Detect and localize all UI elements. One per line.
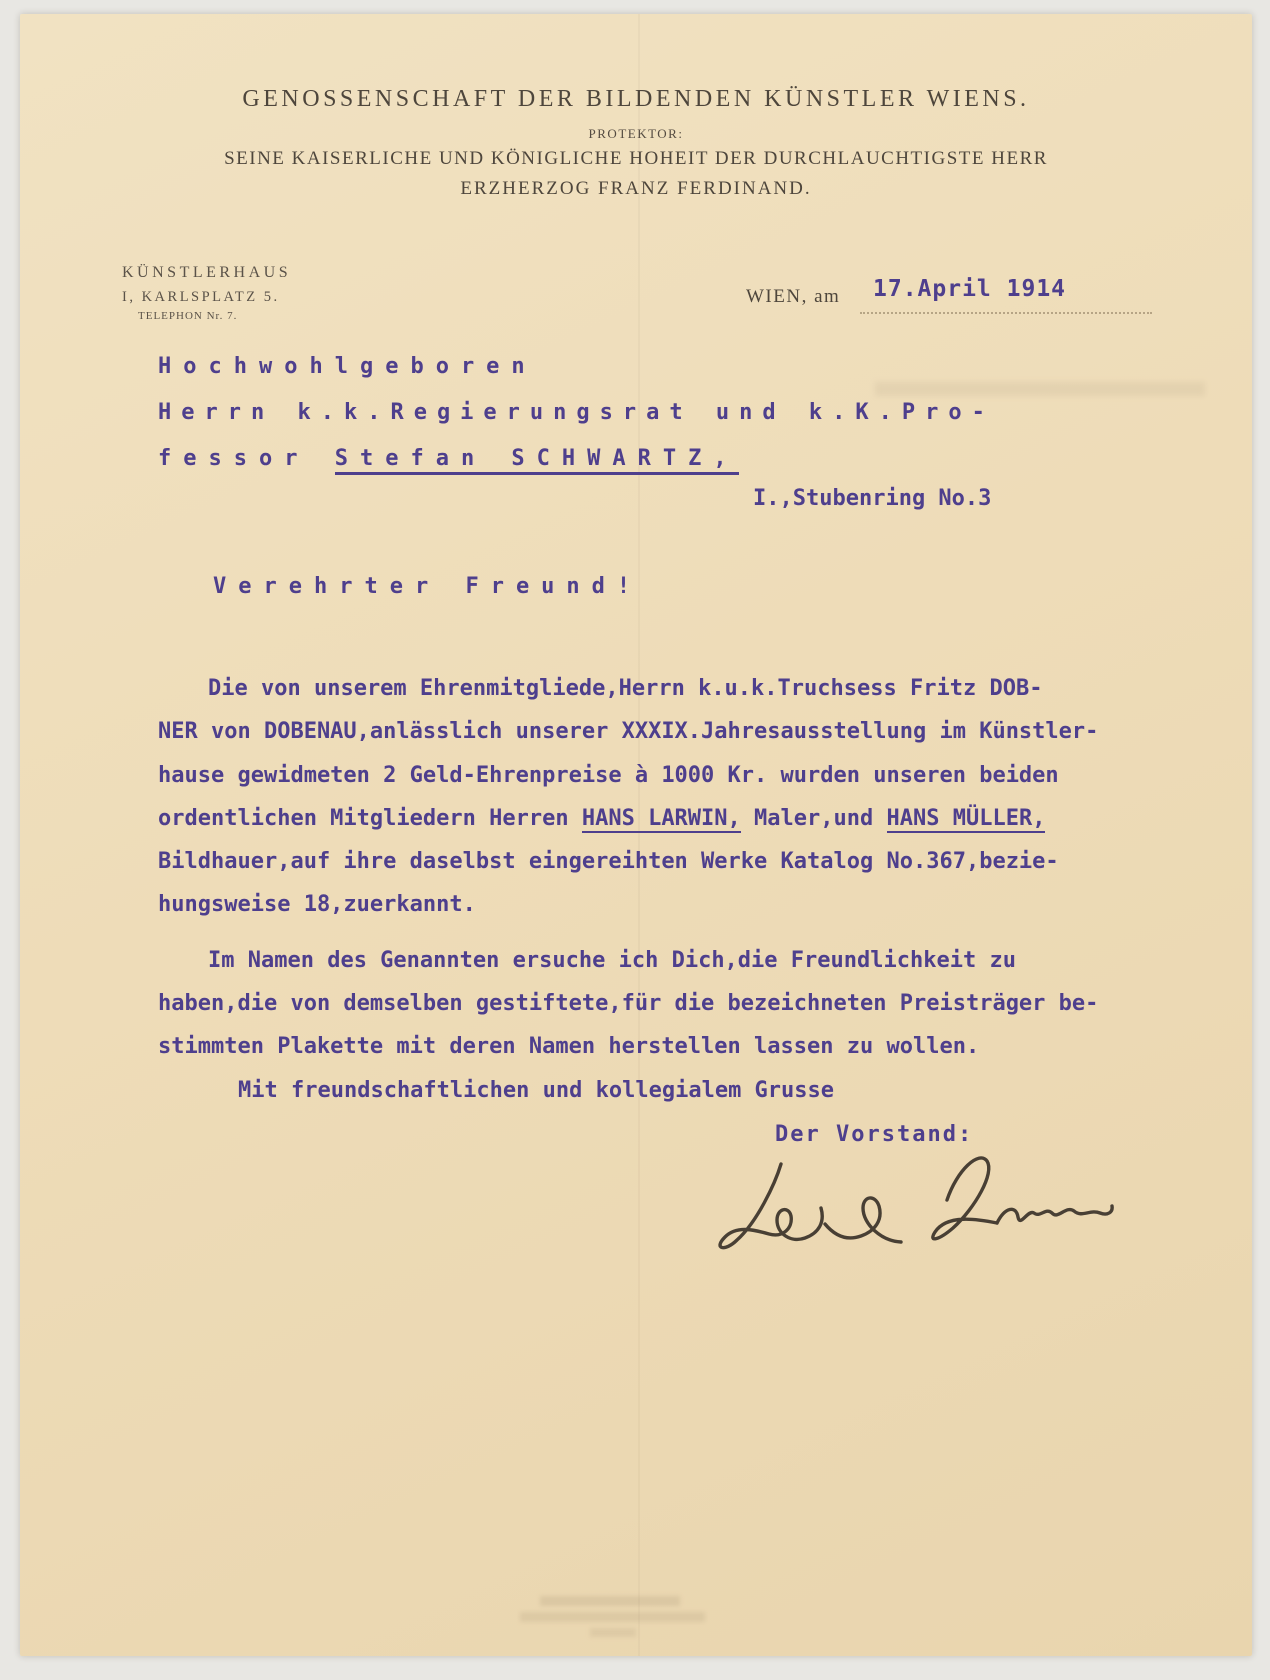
body-line: hungsweise 18,zuerkannt. (158, 883, 1178, 926)
protektor-line-1: SEINE KAISERLICHE UND KÖNIGLICHE HOHEIT … (20, 148, 1252, 170)
body-line: stimmten Plakette mit deren Namen herste… (158, 1025, 1178, 1068)
stamp-bleedthrough-mark (520, 1594, 710, 1640)
sender-street: I, KARLSPLATZ 5. (122, 289, 291, 306)
dateline-dotted-rule (860, 284, 1152, 314)
letter-body: Die von unserem Ehrenmitgliede,Herrn k.u… (158, 667, 1178, 1112)
protektor-line-2: ERZHERZOG FRANZ FERDINAND. (20, 178, 1252, 200)
recipient-title-line: Herrn k.k.Regierungsrat und k.K.Pro- (158, 390, 995, 436)
letter-paper: GENOSSENSCHAFT DER BILDENDEN KÜNSTLER WI… (20, 14, 1252, 1656)
protektor-label: PROTEKTOR: (20, 126, 1252, 142)
recipient-honorific: Hochwohlgeboren (158, 344, 995, 390)
body-line: Im Namen des Genannten ersuche ich Dich,… (158, 939, 1178, 982)
body-line: haben,die von demselben gestiftete,für d… (158, 982, 1178, 1025)
prize-winner-larwin-underlined: HANS LARWIN, (582, 806, 741, 833)
dateline-printed: WIEN, am (746, 286, 840, 308)
body-line: ordentlichen Mitgliedern Herren HANS LAR… (158, 797, 1178, 840)
recipient-name-line: fessor Stefan SCHWARTZ, (158, 436, 995, 482)
sender-address-block: KÜNSTLERHAUS I, KARLSPLATZ 5. TELEPHON N… (122, 264, 291, 322)
recipient-block: Hochwohlgeboren Herrn k.k.Regierungsrat … (158, 344, 995, 482)
handwritten-signature (685, 1144, 1115, 1269)
body-line: NER von DOBENAU,anlässlich unserer XXXIX… (158, 710, 1178, 753)
body-segment: Maler,und (741, 806, 887, 831)
body-line: Die von unserem Ehrenmitgliede,Herrn k.u… (158, 667, 1178, 710)
recipient-name-prefix: fessor (158, 446, 335, 471)
recipient-name-underlined: Stefan SCHWARTZ, (335, 446, 739, 475)
closing-greeting-line: Mit freundschaftlichen und kollegialem G… (158, 1069, 1178, 1112)
organization-name: GENOSSENSCHAFT DER BILDENDEN KÜNSTLER WI… (20, 86, 1252, 113)
body-line: Bildhauer,auf ihre daselbst eingereihten… (158, 840, 1178, 883)
sender-name: KÜNSTLERHAUS (122, 264, 291, 282)
body-line: hause gewidmeten 2 Geld-Ehrenpreise à 10… (158, 754, 1178, 797)
recipient-address: I.,Stubenring No.3 (753, 486, 991, 511)
body-segment: ordentlichen Mitgliedern Herren (158, 806, 582, 831)
prize-winner-mueller-underlined: HANS MÜLLER, (887, 806, 1046, 833)
salutation: Verehrter Freund! (213, 574, 642, 599)
sender-phone: TELEPHON Nr. 7. (122, 310, 291, 322)
